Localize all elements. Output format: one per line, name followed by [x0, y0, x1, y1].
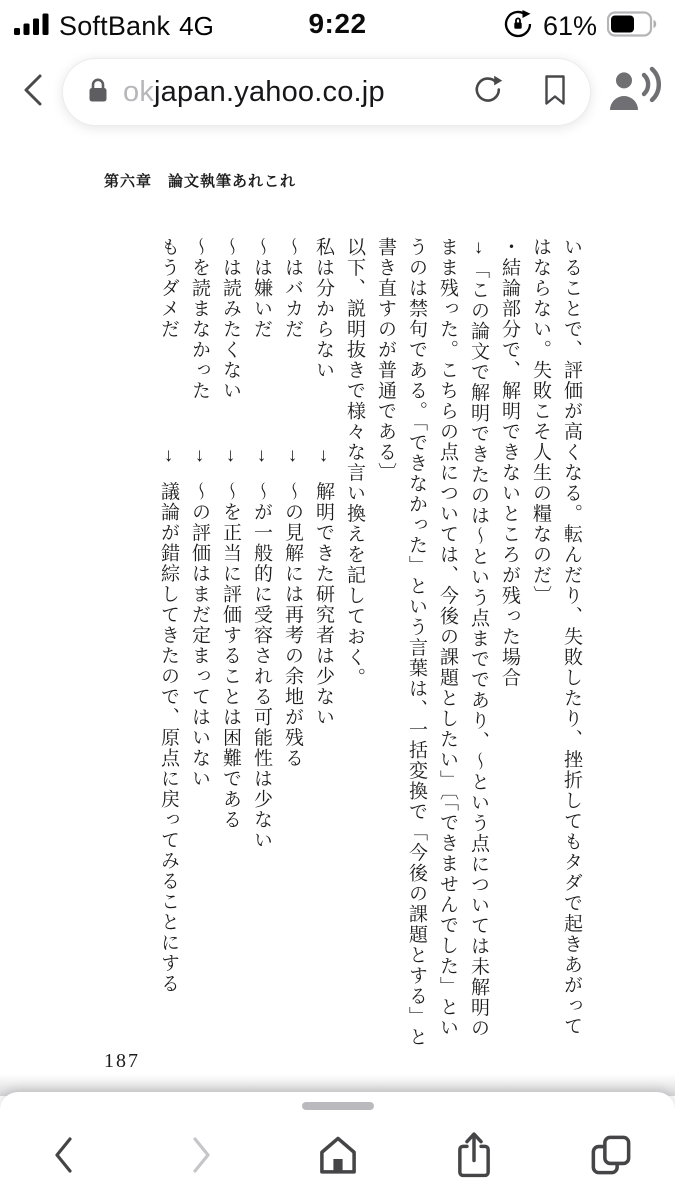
network-type-label: 4G — [179, 11, 214, 42]
page-number: 187 — [104, 1050, 140, 1073]
share-icon — [452, 1130, 496, 1185]
url-faded-prefix: ok — [123, 76, 154, 108]
status-bar: SoftBank 4G 9:22 61% — [0, 0, 675, 46]
carrier-label: SoftBank — [59, 11, 170, 42]
chevron-right-icon — [190, 1136, 212, 1179]
person-speaking-icon — [606, 66, 662, 119]
paraphrase-pair: ～は嫌いだ↓～が一般的に受容される可能性は少ない — [246, 237, 277, 1051]
paraphrase-pair: ～を読まなかった↓～の評価はまだ定まってはいない — [184, 237, 215, 1051]
chevron-left-icon — [53, 1136, 75, 1179]
tabs-icon — [588, 1132, 634, 1183]
address-bar[interactable]: okjapan.yahoo.co.jp — [62, 58, 591, 126]
down-arrow-glyph: ↓ — [468, 237, 489, 260]
back-button[interactable] — [14, 73, 54, 112]
intro-paragraph: 以下、説明抜きで様々な言い換えを記しておく。 — [339, 237, 370, 1051]
voice-reader-button[interactable] — [603, 66, 665, 119]
paraphrase-pair: もうダメだ↓議論が錯綜してきたので、原点に戻ってみることにする — [153, 237, 184, 1051]
down-arrow-glyph: ↓ — [313, 445, 334, 468]
chevron-left-icon — [21, 73, 47, 112]
toolbar-share-button[interactable] — [444, 1130, 504, 1185]
paraphrase-pair: 私は分からない↓解明できた研究者は少ない — [308, 237, 339, 1051]
signal-bars-icon — [14, 12, 50, 41]
browser-toolbar — [0, 1092, 675, 1200]
down-arrow-glyph: ↓ — [251, 445, 272, 468]
chapter-header: 第六章 論文執筆あれこれ — [104, 170, 296, 191]
toolbar-tabs-button[interactable] — [581, 1132, 641, 1183]
drag-handle[interactable] — [302, 1102, 374, 1110]
toolbar-back-button[interactable] — [34, 1136, 94, 1179]
toolbar-home-button[interactable] — [308, 1132, 368, 1183]
url-domain: japan.yahoo.co.jp — [154, 76, 385, 108]
down-arrow-glyph: ↓ — [220, 445, 241, 468]
bookmark-button[interactable] — [542, 74, 568, 111]
down-arrow-glyph: ↓ — [158, 445, 179, 468]
battery-icon — [607, 11, 659, 42]
down-arrow-glyph: ↓ — [282, 445, 303, 468]
paragraph-continuation: いることで、評価が高くなる。転んだり、失敗したり、挫折してもタダで起きあがっては… — [525, 237, 587, 1051]
lock-icon — [85, 75, 111, 110]
browser-url-row: okjapan.yahoo.co.jp — [0, 46, 675, 138]
rewrite-example-paragraph: ↓「この論文で解明できたのは～という点までであり、～という点については未解明のま… — [370, 237, 494, 1051]
battery-percent-label: 61% — [543, 11, 597, 42]
vertical-text-block: いることで、評価が高くなる。転んだり、失敗したり、挫折してもタダで起きあがっては… — [153, 237, 587, 1051]
url-text: okjapan.yahoo.co.jp — [123, 76, 385, 109]
home-icon — [315, 1132, 361, 1183]
bullet-paragraph: ・結論部分で、解明できないところが残った場合 — [494, 237, 525, 1051]
reload-button[interactable] — [472, 74, 504, 111]
rotation-lock-icon — [503, 9, 533, 44]
down-arrow-glyph: ↓ — [189, 445, 210, 468]
book-page-view: 第六章 論文執筆あれこれ いることで、評価が高くなる。転んだり、失敗したり、挫折… — [0, 138, 675, 1080]
paraphrase-pair: ～は読みたくない↓～を正当に評価することは困難である — [215, 237, 246, 1051]
toolbar-forward-button[interactable] — [171, 1136, 231, 1179]
paraphrase-pair: ～はバカだ↓～の見解には再考の余地が残る — [277, 237, 308, 1051]
clock: 9:22 — [308, 8, 366, 40]
